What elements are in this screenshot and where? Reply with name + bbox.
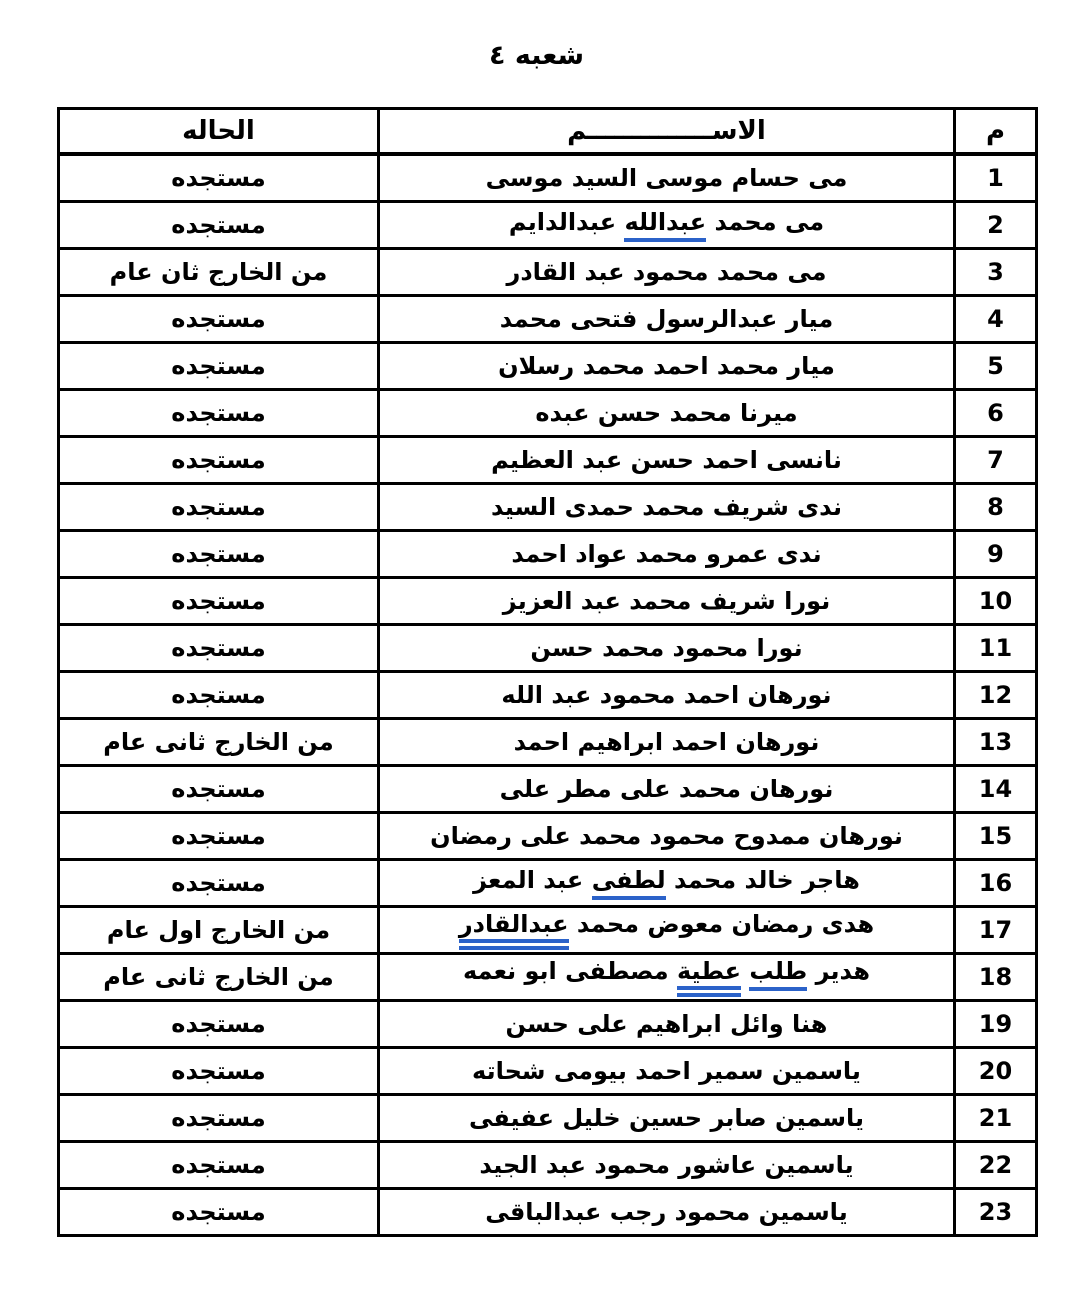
header-cell-name: الاســــــــــــــم — [379, 109, 955, 155]
table-row: 15نورهان ممدوح محمود محمد على رمضانمستجد… — [59, 813, 1037, 860]
name-segment: نورهان ممدوح محمود محمد على رمضان — [430, 822, 903, 850]
row-number-cell: 17 — [955, 907, 1037, 954]
status-cell: مستجده — [59, 1001, 379, 1048]
status-cell: مستجده — [59, 484, 379, 531]
status-cell: مستجده — [59, 672, 379, 719]
name-segment: نورا محمود محمد حسن — [530, 634, 802, 662]
table-row: 2مى محمد عبدالله عبدالدايممستجده — [59, 202, 1037, 249]
row-number-cell: 3 — [955, 249, 1037, 296]
student-name-cell: مى محمد محمود عبد القادر — [379, 249, 955, 296]
status-cell: مستجده — [59, 766, 379, 813]
name-segment: عبد المعز — [473, 866, 592, 894]
status-cell: مستجده — [59, 860, 379, 907]
table-row: 16هاجر خالد محمد لطفى عبد المعزمستجده — [59, 860, 1037, 907]
status-cell: مستجده — [59, 437, 379, 484]
name-segment-underlined: عطية — [677, 958, 741, 997]
name-segment: ياسمين عاشور محمود عبد الجيد — [479, 1151, 853, 1179]
name-segment: ميرنا محمد حسن عبده — [535, 399, 797, 427]
student-name-cell: هدير طلب عطية مصطفى ابو نعمه — [379, 954, 955, 1001]
student-name-cell: ميرنا محمد حسن عبده — [379, 390, 955, 437]
table-row: 4ميار عبدالرسول فتحى محمدمستجده — [59, 296, 1037, 343]
table-row: 23ياسمين محمود رجب عبدالباقىمستجده — [59, 1189, 1037, 1236]
student-name-cell: ميار عبدالرسول فتحى محمد — [379, 296, 955, 343]
name-segment: ميار عبدالرسول فتحى محمد — [500, 305, 833, 333]
name-segment: نورا شريف محمد عبد العزيز — [503, 587, 830, 615]
status-cell: من الخارج اول عام — [59, 907, 379, 954]
row-number-cell: 14 — [955, 766, 1037, 813]
name-segment: مى محمد محمود عبد القادر — [507, 258, 827, 286]
status-cell: مستجده — [59, 296, 379, 343]
name-segment: ياسمين سمير احمد بيومى شحاته — [472, 1057, 861, 1085]
student-name-cell: ياسمين صابر حسين خليل عفيفى — [379, 1095, 955, 1142]
row-number-cell: 15 — [955, 813, 1037, 860]
student-name-cell: مى حسام موسى السيد موسى — [379, 154, 955, 202]
header-cell-status: الحاله — [59, 109, 379, 155]
table-row: 14نورهان محمد على مطر علىمستجده — [59, 766, 1037, 813]
name-segment: مصطفى ابو نعمه — [463, 957, 677, 985]
name-segment: هنا وائل ابراهيم على حسن — [506, 1010, 828, 1038]
name-segment — [741, 957, 749, 985]
student-name-cell: ندى عمرو محمد عواد احمد — [379, 531, 955, 578]
table-row: 13نورهان احمد ابراهيم احمدمن الخارج ثانى… — [59, 719, 1037, 766]
table-row: 10نورا شريف محمد عبد العزيزمستجده — [59, 578, 1037, 625]
row-number-cell: 6 — [955, 390, 1037, 437]
status-cell: مستجده — [59, 390, 379, 437]
row-number-cell: 18 — [955, 954, 1037, 1001]
status-cell: مستجده — [59, 1142, 379, 1189]
status-cell: مستجده — [59, 202, 379, 249]
row-number-cell: 22 — [955, 1142, 1037, 1189]
table-row: 6ميرنا محمد حسن عبدهمستجده — [59, 390, 1037, 437]
name-segment: ندى عمرو محمد عواد احمد — [511, 540, 821, 568]
row-number-cell: 4 — [955, 296, 1037, 343]
student-name-cell: نورا شريف محمد عبد العزيز — [379, 578, 955, 625]
row-number-cell: 2 — [955, 202, 1037, 249]
student-name-cell: نورهان محمد على مطر على — [379, 766, 955, 813]
name-segment-underlined: عبدالله — [624, 209, 706, 242]
header-cell-number: م — [955, 109, 1037, 155]
name-segment: ميار محمد احمد محمد رسلان — [498, 352, 835, 380]
row-number-cell: 5 — [955, 343, 1037, 390]
student-name-cell: ندى شريف محمد حمدى السيد — [379, 484, 955, 531]
table-row: 9ندى عمرو محمد عواد احمدمستجده — [59, 531, 1037, 578]
table-row: 18هدير طلب عطية مصطفى ابو نعمهمن الخارج … — [59, 954, 1037, 1001]
status-cell: مستجده — [59, 813, 379, 860]
name-segment: نورهان احمد محمود عبد الله — [501, 681, 831, 709]
row-number-cell: 13 — [955, 719, 1037, 766]
name-segment: هاجر خالد محمد — [666, 866, 860, 894]
header-row: م الاســــــــــــــم الحاله — [59, 109, 1037, 155]
status-cell: من الخارج ثانى عام — [59, 719, 379, 766]
row-number-cell: 1 — [955, 154, 1037, 202]
row-number-cell: 16 — [955, 860, 1037, 907]
student-name-cell: ياسمين محمود رجب عبدالباقى — [379, 1189, 955, 1236]
table-row: 11نورا محمود محمد حسنمستجده — [59, 625, 1037, 672]
status-cell: مستجده — [59, 578, 379, 625]
status-cell: مستجده — [59, 1095, 379, 1142]
roster-body: 1مى حسام موسى السيد موسىمستجده2مى محمد ع… — [59, 154, 1037, 1236]
student-name-cell: نورهان احمد محمود عبد الله — [379, 672, 955, 719]
name-segment: ياسمين صابر حسين خليل عفيفى — [469, 1104, 864, 1132]
status-cell: مستجده — [59, 1048, 379, 1095]
student-name-cell: نورهان احمد ابراهيم احمد — [379, 719, 955, 766]
table-row: 20ياسمين سمير احمد بيومى شحاتهمستجده — [59, 1048, 1037, 1095]
student-name-cell: ياسمين عاشور محمود عبد الجيد — [379, 1142, 955, 1189]
row-number-cell: 8 — [955, 484, 1037, 531]
name-segment-underlined: لطفى — [592, 867, 666, 900]
row-number-cell: 19 — [955, 1001, 1037, 1048]
student-name-cell: نورا محمود محمد حسن — [379, 625, 955, 672]
row-number-cell: 20 — [955, 1048, 1037, 1095]
name-segment: عبدالدايم — [509, 208, 625, 236]
table-row: 17هدى رمضان معوض محمد عبدالقادرمن الخارج… — [59, 907, 1037, 954]
document-page: شعبه ٤ م الاســــــــــــــم الحاله 1مى … — [0, 0, 1073, 1306]
row-number-cell: 12 — [955, 672, 1037, 719]
table-row: 7نانسى احمد حسن عبد العظيممستجده — [59, 437, 1037, 484]
page-title: شعبه ٤ — [0, 0, 1073, 71]
table-row: 5ميار محمد احمد محمد رسلانمستجده — [59, 343, 1037, 390]
name-segment: نورهان محمد على مطر على — [500, 775, 834, 803]
name-segment: ندى شريف محمد حمدى السيد — [491, 493, 842, 521]
name-segment: مى محمد — [706, 208, 824, 236]
table-row: 21ياسمين صابر حسين خليل عفيفىمستجده — [59, 1095, 1037, 1142]
status-cell: مستجده — [59, 154, 379, 202]
name-segment: هدى رمضان معوض محمد — [569, 910, 875, 938]
student-name-cell: نورهان ممدوح محمود محمد على رمضان — [379, 813, 955, 860]
name-segment: نورهان احمد ابراهيم احمد — [514, 728, 820, 756]
status-cell: مستجده — [59, 625, 379, 672]
student-name-cell: هنا وائل ابراهيم على حسن — [379, 1001, 955, 1048]
row-number-cell: 23 — [955, 1189, 1037, 1236]
student-name-cell: هاجر خالد محمد لطفى عبد المعز — [379, 860, 955, 907]
student-name-cell: ميار محمد احمد محمد رسلان — [379, 343, 955, 390]
table-row: 3مى محمد محمود عبد القادرمن الخارج ثان ع… — [59, 249, 1037, 296]
status-cell: من الخارج ثان عام — [59, 249, 379, 296]
table-row: 22ياسمين عاشور محمود عبد الجيدمستجده — [59, 1142, 1037, 1189]
row-number-cell: 10 — [955, 578, 1037, 625]
status-cell: مستجده — [59, 343, 379, 390]
name-segment: ياسمين محمود رجب عبدالباقى — [485, 1198, 847, 1226]
student-name-cell: هدى رمضان معوض محمد عبدالقادر — [379, 907, 955, 954]
table-row: 8ندى شريف محمد حمدى السيدمستجده — [59, 484, 1037, 531]
student-name-cell: مى محمد عبدالله عبدالدايم — [379, 202, 955, 249]
row-number-cell: 11 — [955, 625, 1037, 672]
name-segment-underlined: عبدالقادر — [459, 911, 569, 950]
row-number-cell: 9 — [955, 531, 1037, 578]
name-segment: نانسى احمد حسن عبد العظيم — [491, 446, 842, 474]
roster-table: م الاســــــــــــــم الحاله 1مى حسام مو… — [57, 107, 1038, 1237]
name-segment-underlined: طلب — [749, 958, 807, 991]
name-segment: مى حسام موسى السيد موسى — [486, 164, 848, 192]
table-row: 1مى حسام موسى السيد موسىمستجده — [59, 154, 1037, 202]
name-segment: هدير — [807, 957, 870, 985]
table-row: 12نورهان احمد محمود عبد اللهمستجده — [59, 672, 1037, 719]
student-name-cell: ياسمين سمير احمد بيومى شحاته — [379, 1048, 955, 1095]
status-cell: من الخارج ثانى عام — [59, 954, 379, 1001]
status-cell: مستجده — [59, 531, 379, 578]
row-number-cell: 21 — [955, 1095, 1037, 1142]
table-row: 19هنا وائل ابراهيم على حسنمستجده — [59, 1001, 1037, 1048]
status-cell: مستجده — [59, 1189, 379, 1236]
row-number-cell: 7 — [955, 437, 1037, 484]
student-name-cell: نانسى احمد حسن عبد العظيم — [379, 437, 955, 484]
